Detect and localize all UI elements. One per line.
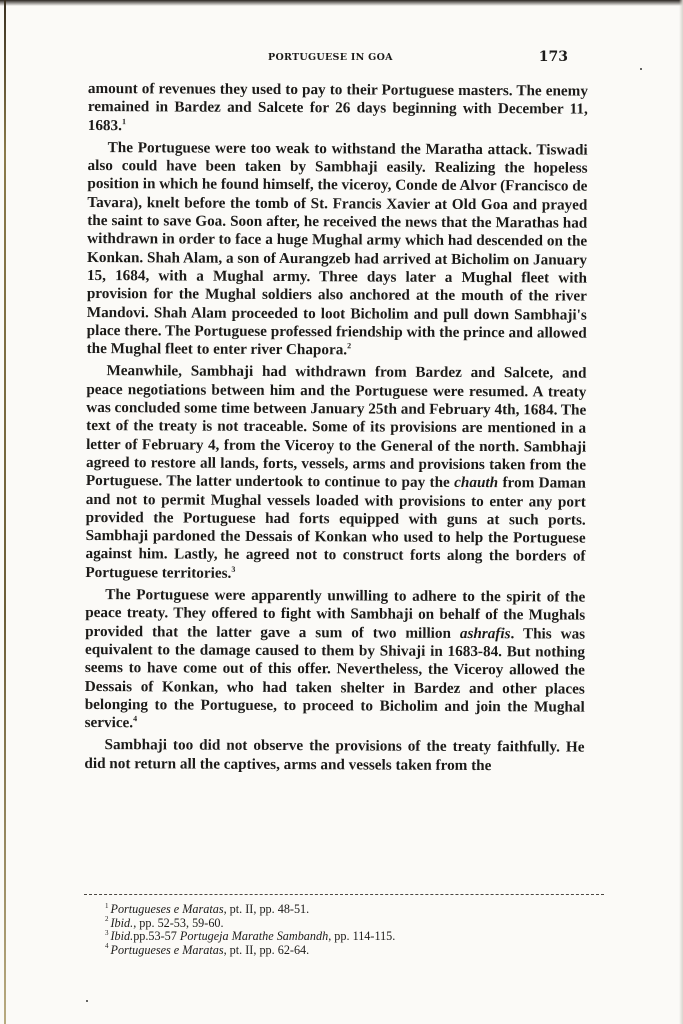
paragraph: Meanwhile, Sambhaji had withdrawn from B… — [85, 362, 586, 584]
footnote-marker: 1 — [122, 117, 126, 126]
text-run: , pp. 52-53, 59-60. — [133, 916, 223, 930]
footnote-marker: 3 — [231, 564, 235, 573]
dust-speck — [86, 1000, 88, 1002]
footnote: 1Portugueses e Maratas, pt. II, pp. 48-5… — [105, 903, 525, 917]
italic-term: Portugueses e Maratas — [111, 902, 224, 916]
text-run: pp.53-57 — [133, 929, 180, 943]
footnote-number: 4 — [105, 942, 109, 950]
text-run: , pt. II, pp. 48-51. — [224, 902, 310, 916]
text-run: , pt. II, pp. 62-64. — [224, 943, 310, 957]
italic-term: Ibid. — [111, 929, 134, 943]
text-run: amount of revenues they used to pay to t… — [88, 80, 588, 134]
footnotes: 1Portugueses e Maratas, pt. II, pp. 48-5… — [105, 903, 525, 957]
book-spine-edge — [4, 0, 6, 1024]
italic-term: chauth — [454, 474, 498, 491]
text-run: The Portuguese were too weak to withstan… — [87, 139, 588, 359]
italic-term: Portugeja Marathe Sambandh — [180, 929, 328, 943]
dust-speck — [640, 68, 642, 70]
page-header: PORTUGUESE IN GOA 173 — [88, 52, 588, 72]
page-number: 173 — [539, 49, 568, 65]
footnote-number: 3 — [105, 929, 109, 937]
footnote: 2Ibid., pp. 52-53, 59-60. — [105, 917, 525, 931]
footnote-rule — [84, 894, 604, 895]
footnote: 4Portugueses e Maratas, pt. II, pp. 62-6… — [105, 944, 525, 958]
text-run: Sambhaji too did not observe the provisi… — [84, 736, 584, 773]
page-right-edge — [679, 0, 683, 1024]
paragraph: The Portuguese were apparently unwilling… — [85, 586, 586, 735]
footnote-marker: 4 — [133, 714, 137, 723]
text-run: , pp. 114-115. — [328, 929, 395, 943]
running-head: PORTUGUESE IN GOA — [268, 52, 393, 63]
page-top-shadow — [0, 0, 683, 6]
footnote: 3Ibid.pp.53-57 Portugeja Marathe Samband… — [105, 930, 525, 944]
paragraph: amount of revenues they used to pay to t… — [88, 80, 588, 138]
footnote-number: 1 — [105, 902, 109, 910]
paragraph: The Portuguese were too weak to withstan… — [87, 139, 588, 361]
footnote-number: 2 — [105, 915, 109, 923]
body-text: amount of revenues they used to pay to t… — [84, 80, 588, 780]
italic-term: ashrafis — [460, 625, 511, 642]
italic-term: Ibid. — [111, 916, 134, 930]
footnote-marker: 2 — [347, 341, 351, 350]
text-run: Meanwhile, Sambhaji had withdrawn from B… — [86, 363, 587, 492]
paragraph: Sambhaji too did not observe the provisi… — [84, 736, 584, 775]
italic-term: Portugueses e Maratas — [111, 943, 224, 957]
